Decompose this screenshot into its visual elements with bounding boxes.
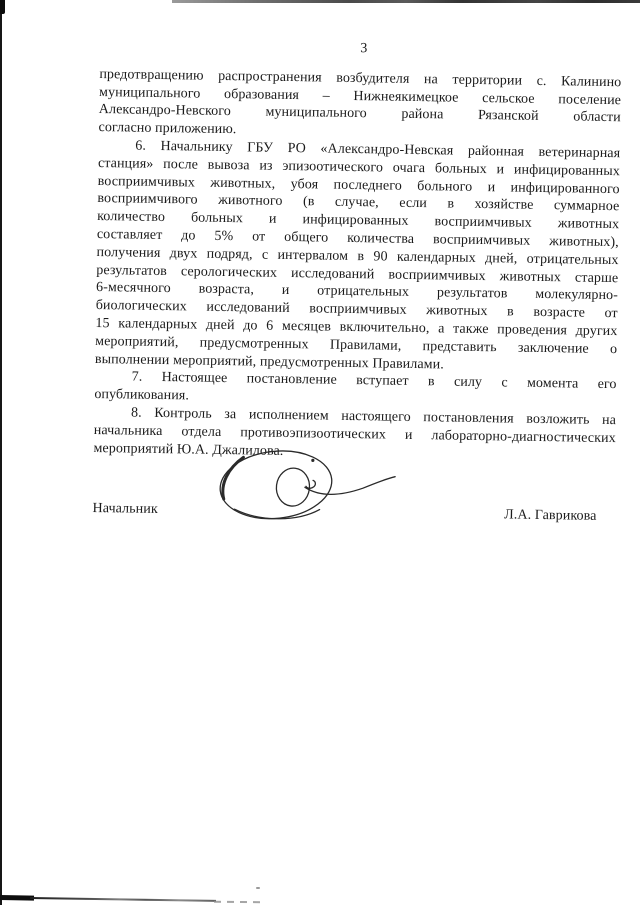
scan-edge-left	[0, 0, 2, 905]
scan-speck	[256, 887, 260, 889]
page-number: 3	[100, 36, 622, 62]
signer-name: Л.А. Гаврикова	[504, 507, 597, 526]
signer-post-label: Начальник	[92, 500, 157, 519]
paragraph-item-6: 6. Начальнику ГБУ РО «Александро-Невская…	[95, 137, 621, 377]
scan-edge-top	[172, 0, 640, 3]
scan-corner-mark-top-left	[0, 0, 5, 14]
scan-edge-bottom-dashes	[214, 901, 262, 903]
signature-block: Начальник Л.А. Гаврикова	[92, 500, 614, 526]
scan-corner-mark-bottom-left	[0, 895, 34, 901]
paragraph-continuation: предотвращению распространения возбудите…	[98, 66, 621, 145]
scan-edge-bottom	[30, 897, 216, 902]
document-page: 3 предотвращению распространения возбуди…	[92, 36, 622, 526]
signature-scribble-icon	[216, 446, 407, 529]
